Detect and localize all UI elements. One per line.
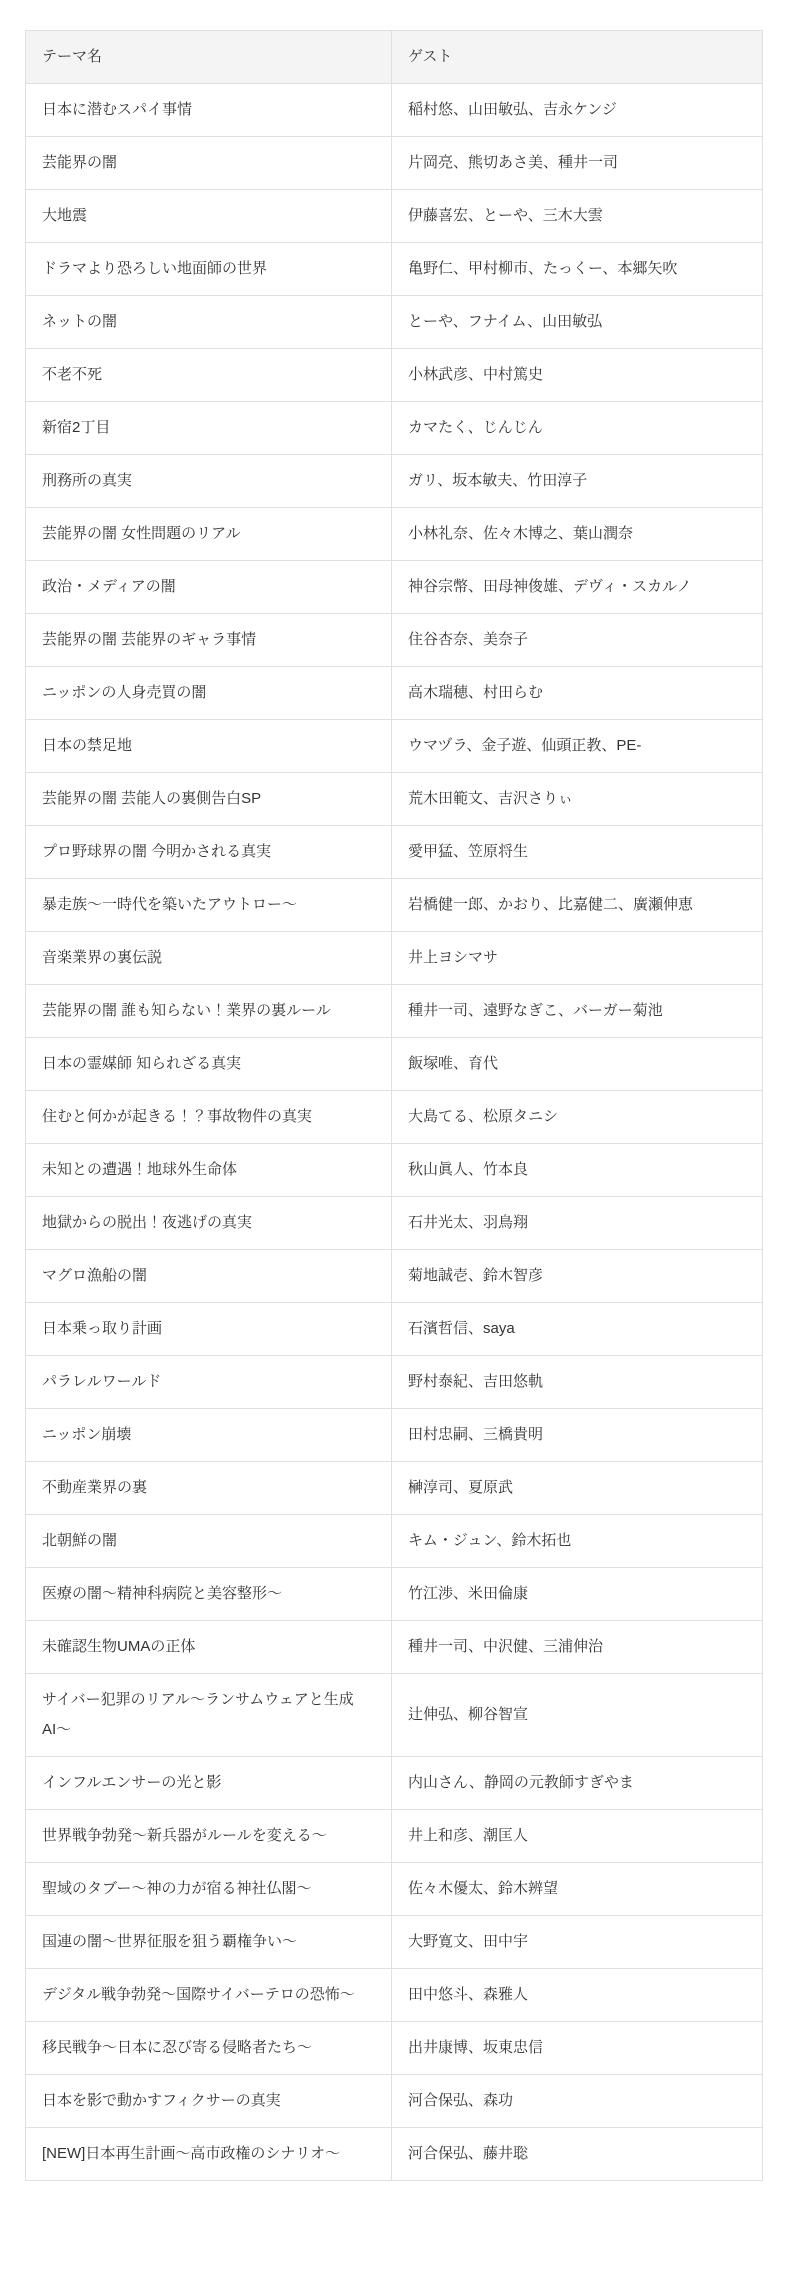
table-row: 聖域のタブー〜神の力が宿る神社仏閣〜佐々木優太、鈴木辨望 xyxy=(26,1863,763,1916)
theme-cell: 芸能界の闇 xyxy=(26,137,392,190)
table-row: 刑務所の真実ガリ、坂本敏夫、竹田淳子 xyxy=(26,455,763,508)
table-body: 日本に潜むスパイ事情稲村悠、山田敏弘、吉永ケンジ芸能界の闇片岡亮、熊切あさ美、種… xyxy=(26,84,763,2181)
theme-cell: 芸能界の闇 誰も知らない！業界の裏ルール xyxy=(26,985,392,1038)
guest-cell: 岩橋健一郎、かおり、比嘉健二、廣瀬伸恵 xyxy=(392,879,763,932)
table-row: 日本乗っ取り計画石濱哲信、saya xyxy=(26,1303,763,1356)
theme-cell: 芸能界の闇 芸能界のギャラ事情 xyxy=(26,614,392,667)
theme-cell: 新宿2丁目 xyxy=(26,402,392,455)
table-row: サイバー犯罪のリアル〜ランサムウェアと生成AI〜辻伸弘、柳谷智宣 xyxy=(26,1674,763,1757)
guest-cell: キム・ジュン、鈴木拓也 xyxy=(392,1515,763,1568)
theme-cell: プロ野球界の闇 今明かされる真実 xyxy=(26,826,392,879)
theme-cell: 国連の闇〜世界征服を狙う覇権争い〜 xyxy=(26,1916,392,1969)
theme-cell: 地獄からの脱出！夜逃げの真実 xyxy=(26,1197,392,1250)
table-row: マグロ漁船の闇菊地誠壱、鈴木智彦 xyxy=(26,1250,763,1303)
table-row: 暴走族〜一時代を築いたアウトロー〜岩橋健一郎、かおり、比嘉健二、廣瀬伸恵 xyxy=(26,879,763,932)
theme-guest-table: テーマ名 ゲスト 日本に潜むスパイ事情稲村悠、山田敏弘、吉永ケンジ芸能界の闇片岡… xyxy=(25,30,763,2181)
guest-cell: ウマヅラ、金子遊、仙頭正教、PE- xyxy=(392,720,763,773)
guest-cell: 田村忠嗣、三橋貴明 xyxy=(392,1409,763,1462)
guest-cell: 石井光太、羽鳥翔 xyxy=(392,1197,763,1250)
guest-cell: 大島てる、松原タニシ xyxy=(392,1091,763,1144)
theme-cell: デジタル戦争勃発〜国際サイバーテロの恐怖〜 xyxy=(26,1969,392,2022)
theme-cell: 日本乗っ取り計画 xyxy=(26,1303,392,1356)
table-row: 日本の禁足地ウマヅラ、金子遊、仙頭正教、PE- xyxy=(26,720,763,773)
theme-cell: 芸能界の闇 芸能人の裏側告白SP xyxy=(26,773,392,826)
theme-cell: パラレルワールド xyxy=(26,1356,392,1409)
theme-cell: 聖域のタブー〜神の力が宿る神社仏閣〜 xyxy=(26,1863,392,1916)
guest-cell: 佐々木優太、鈴木辨望 xyxy=(392,1863,763,1916)
table-header: テーマ名 ゲスト xyxy=(26,31,763,84)
table-row: ネットの闇とーや、フナイム、山田敏弘 xyxy=(26,296,763,349)
table-row: 日本の霊媒師 知られざる真実飯塚唯、育代 xyxy=(26,1038,763,1091)
guest-cell: ガリ、坂本敏夫、竹田淳子 xyxy=(392,455,763,508)
guest-cell: 井上ヨシマサ xyxy=(392,932,763,985)
guest-cell: 石濱哲信、saya xyxy=(392,1303,763,1356)
table-row: デジタル戦争勃発〜国際サイバーテロの恐怖〜田中悠斗、森雅人 xyxy=(26,1969,763,2022)
theme-cell: 大地震 xyxy=(26,190,392,243)
table-row: 医療の闇〜精神科病院と美容整形〜竹江渉、米田倫康 xyxy=(26,1568,763,1621)
table-row: 音楽業界の裏伝説井上ヨシマサ xyxy=(26,932,763,985)
guest-cell: 内山さん、静岡の元教師すぎやま xyxy=(392,1757,763,1810)
guest-cell: 荒木田範文、吉沢さりぃ xyxy=(392,773,763,826)
table-row: 政治・メディアの闇神谷宗幣、田母神俊雄、デヴィ・スカルノ xyxy=(26,561,763,614)
table-row: 芸能界の闇 誰も知らない！業界の裏ルール種井一司、遠野なぎこ、バーガー菊池 xyxy=(26,985,763,1038)
theme-cell: 日本を影で動かすフィクサーの真実 xyxy=(26,2075,392,2128)
theme-cell: 北朝鮮の闇 xyxy=(26,1515,392,1568)
theme-cell: 世界戦争勃発〜新兵器がルールを変える〜 xyxy=(26,1810,392,1863)
table-header-row: テーマ名 ゲスト xyxy=(26,31,763,84)
theme-cell: 移民戦争〜日本に忍び寄る侵略者たち〜 xyxy=(26,2022,392,2075)
guest-cell: 種井一司、遠野なぎこ、バーガー菊池 xyxy=(392,985,763,1038)
theme-cell: ドラマより恐ろしい地面師の世界 xyxy=(26,243,392,296)
guest-cell: 菊地誠壱、鈴木智彦 xyxy=(392,1250,763,1303)
theme-cell: インフルエンサーの光と影 xyxy=(26,1757,392,1810)
theme-cell: 未確認生物UMAの正体 xyxy=(26,1621,392,1674)
table-row: 未確認生物UMAの正体種井一司、中沢健、三浦伸治 xyxy=(26,1621,763,1674)
table-row: ニッポン崩壊田村忠嗣、三橋貴明 xyxy=(26,1409,763,1462)
guest-cell: 稲村悠、山田敏弘、吉永ケンジ xyxy=(392,84,763,137)
table-row: [NEW]日本再生計画〜高市政権のシナリオ〜河合保弘、藤井聡 xyxy=(26,2128,763,2181)
guest-cell: 田中悠斗、森雅人 xyxy=(392,1969,763,2022)
theme-cell: ニッポン崩壊 xyxy=(26,1409,392,1462)
theme-cell: 不動産業界の裏 xyxy=(26,1462,392,1515)
theme-cell: マグロ漁船の闇 xyxy=(26,1250,392,1303)
page: テーマ名 ゲスト 日本に潜むスパイ事情稲村悠、山田敏弘、吉永ケンジ芸能界の闇片岡… xyxy=(0,0,800,2271)
table-row: 芸能界の闇片岡亮、熊切あさ美、種井一司 xyxy=(26,137,763,190)
guest-cell: 飯塚唯、育代 xyxy=(392,1038,763,1091)
table-row: 世界戦争勃発〜新兵器がルールを変える〜井上和彦、潮匡人 xyxy=(26,1810,763,1863)
guest-cell: 小林武彦、中村篤史 xyxy=(392,349,763,402)
theme-cell: 音楽業界の裏伝説 xyxy=(26,932,392,985)
guest-cell: 榊淳司、夏原武 xyxy=(392,1462,763,1515)
table-row: 日本に潜むスパイ事情稲村悠、山田敏弘、吉永ケンジ xyxy=(26,84,763,137)
table-row: 日本を影で動かすフィクサーの真実河合保弘、森功 xyxy=(26,2075,763,2128)
guest-cell: 河合保弘、藤井聡 xyxy=(392,2128,763,2181)
guest-cell: 高木瑞穂、村田らむ xyxy=(392,667,763,720)
guest-cell: 亀野仁、甲村柳市、たっくー、本郷矢吹 xyxy=(392,243,763,296)
theme-cell: [NEW]日本再生計画〜高市政権のシナリオ〜 xyxy=(26,2128,392,2181)
column-header-theme: テーマ名 xyxy=(26,31,392,84)
guest-cell: 小林礼奈、佐々木博之、葉山潤奈 xyxy=(392,508,763,561)
table-row: 移民戦争〜日本に忍び寄る侵略者たち〜出井康博、坂東忠信 xyxy=(26,2022,763,2075)
guest-cell: 野村泰紀、吉田悠軌 xyxy=(392,1356,763,1409)
table-row: 芸能界の闇 女性問題のリアル小林礼奈、佐々木博之、葉山潤奈 xyxy=(26,508,763,561)
theme-cell: 未知との遭遇！地球外生命体 xyxy=(26,1144,392,1197)
table-row: 住むと何かが起きる！？事故物件の真実大島てる、松原タニシ xyxy=(26,1091,763,1144)
theme-cell: 不老不死 xyxy=(26,349,392,402)
guest-cell: 神谷宗幣、田母神俊雄、デヴィ・スカルノ xyxy=(392,561,763,614)
table-row: 国連の闇〜世界征服を狙う覇権争い〜大野寛文、田中宇 xyxy=(26,1916,763,1969)
theme-cell: サイバー犯罪のリアル〜ランサムウェアと生成AI〜 xyxy=(26,1674,392,1757)
table-row: 芸能界の闇 芸能人の裏側告白SP荒木田範文、吉沢さりぃ xyxy=(26,773,763,826)
table-row: 北朝鮮の闇キム・ジュン、鈴木拓也 xyxy=(26,1515,763,1568)
theme-cell: 政治・メディアの闇 xyxy=(26,561,392,614)
guest-cell: 秋山眞人、竹本良 xyxy=(392,1144,763,1197)
guest-cell: カマたく、じんじん xyxy=(392,402,763,455)
table-row: ニッポンの人身売買の闇高木瑞穂、村田らむ xyxy=(26,667,763,720)
table-row: インフルエンサーの光と影内山さん、静岡の元教師すぎやま xyxy=(26,1757,763,1810)
theme-cell: ニッポンの人身売買の闇 xyxy=(26,667,392,720)
guest-cell: 種井一司、中沢健、三浦伸治 xyxy=(392,1621,763,1674)
theme-cell: 日本の禁足地 xyxy=(26,720,392,773)
guest-cell: 伊藤喜宏、とーや、三木大雲 xyxy=(392,190,763,243)
table-row: 芸能界の闇 芸能界のギャラ事情住谷杏奈、美奈子 xyxy=(26,614,763,667)
guest-cell: 住谷杏奈、美奈子 xyxy=(392,614,763,667)
table-row: 不老不死小林武彦、中村篤史 xyxy=(26,349,763,402)
table-row: パラレルワールド野村泰紀、吉田悠軌 xyxy=(26,1356,763,1409)
guest-cell: とーや、フナイム、山田敏弘 xyxy=(392,296,763,349)
theme-cell: 日本に潜むスパイ事情 xyxy=(26,84,392,137)
table-row: 不動産業界の裏榊淳司、夏原武 xyxy=(26,1462,763,1515)
guest-cell: 竹江渉、米田倫康 xyxy=(392,1568,763,1621)
theme-cell: 芸能界の闇 女性問題のリアル xyxy=(26,508,392,561)
guest-cell: 大野寛文、田中宇 xyxy=(392,1916,763,1969)
theme-cell: 刑務所の真実 xyxy=(26,455,392,508)
guest-cell: 河合保弘、森功 xyxy=(392,2075,763,2128)
table-row: プロ野球界の闇 今明かされる真実愛甲猛、笠原将生 xyxy=(26,826,763,879)
table-row: 新宿2丁目カマたく、じんじん xyxy=(26,402,763,455)
table-row: ドラマより恐ろしい地面師の世界亀野仁、甲村柳市、たっくー、本郷矢吹 xyxy=(26,243,763,296)
theme-cell: 医療の闇〜精神科病院と美容整形〜 xyxy=(26,1568,392,1621)
theme-cell: 住むと何かが起きる！？事故物件の真実 xyxy=(26,1091,392,1144)
table-row: 地獄からの脱出！夜逃げの真実石井光太、羽鳥翔 xyxy=(26,1197,763,1250)
theme-cell: ネットの闇 xyxy=(26,296,392,349)
table-row: 未知との遭遇！地球外生命体秋山眞人、竹本良 xyxy=(26,1144,763,1197)
theme-cell: 暴走族〜一時代を築いたアウトロー〜 xyxy=(26,879,392,932)
guest-cell: 出井康博、坂東忠信 xyxy=(392,2022,763,2075)
guest-cell: 片岡亮、熊切あさ美、種井一司 xyxy=(392,137,763,190)
guest-cell: 辻伸弘、柳谷智宣 xyxy=(392,1674,763,1757)
guest-cell: 井上和彦、潮匡人 xyxy=(392,1810,763,1863)
guest-cell: 愛甲猛、笠原将生 xyxy=(392,826,763,879)
table-row: 大地震伊藤喜宏、とーや、三木大雲 xyxy=(26,190,763,243)
theme-cell: 日本の霊媒師 知られざる真実 xyxy=(26,1038,392,1091)
column-header-guest: ゲスト xyxy=(392,31,763,84)
